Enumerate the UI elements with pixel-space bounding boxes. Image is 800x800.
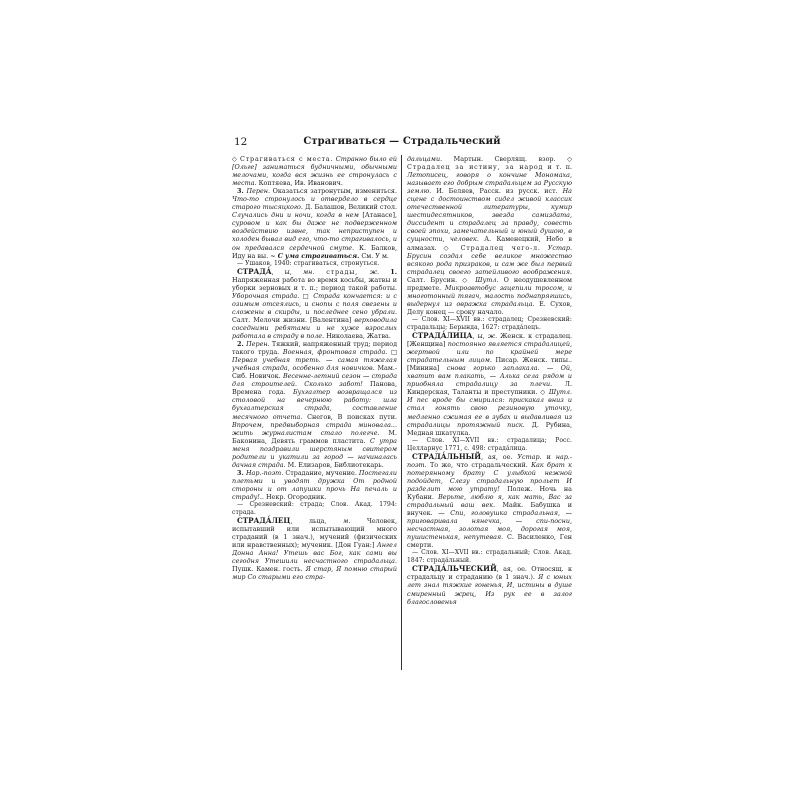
- text-segment: Первая учебная треть. — самая тяжелая уч…: [232, 356, 397, 372]
- entry-paragraph: СТРАДА́ЛЬНЫЙ, ая, ое. Устар. и нар.-поэт…: [407, 453, 572, 550]
- etymology-note: — Срезневский: страда; Слов. Акад. 1794:…: [232, 501, 397, 517]
- entry-paragraph: 3. Нар.-поэт. Страдание, мучение. Постег…: [232, 469, 397, 501]
- text-segment: — Слов. XI—XVII вв.: страдалица; Росс. Ц…: [407, 437, 572, 452]
- text-segment: [Атанасе],: [359, 211, 397, 219]
- text-segment: дальцами.: [407, 155, 442, 163]
- text-segment: Перен.: [247, 187, 270, 195]
- text-segment: Уборочная страда.: [232, 292, 299, 300]
- text-segment: Перен.: [246, 340, 269, 348]
- text-segment: Снегов, В поисках пути.: [302, 413, 397, 421]
- text-segment: Шутл.: [549, 388, 572, 396]
- text-segment: мн.: [303, 268, 315, 276]
- text-segment: ж.: [370, 268, 379, 276]
- entry-paragraph: ◇ Страгиваться с места. Странно было ей …: [232, 155, 397, 187]
- text-segment: То же, что страдальческий.: [427, 461, 531, 469]
- text-segment: Салт. Мелочи жизни. [Валентина]: [232, 316, 354, 324]
- text-segment: , льца,: [290, 517, 343, 525]
- dictionary-page: 12 Страгиваться — Страдальческий ◇ Страг…: [232, 133, 572, 673]
- entry-paragraph: СТРАДА́, ы, мн. страды, ж. 1. Напряженна…: [232, 268, 397, 340]
- text-segment: Устар.: [548, 244, 572, 252]
- entry-paragraph: 2. Перен. Тяжкий, напряженный труд; пери…: [232, 340, 397, 469]
- text-segment: М. Елизаров, Библиотекарь.: [286, 461, 384, 469]
- text-segment: Впрочем, предвыборная страда миновала...…: [232, 421, 397, 437]
- text-segment: Шутл.: [475, 276, 498, 284]
- text-segment: ж.: [488, 332, 497, 340]
- right-column: дальцами. Мартын. Сверлящ. взор. ◇ Страд…: [401, 155, 572, 670]
- entry-paragraph: 3. Перен. Оказаться затронутым, изменить…: [232, 187, 397, 259]
- text-segment: , ы,: [473, 332, 488, 340]
- headword: СТРАДА́: [237, 267, 272, 276]
- text-segment: ~ С ума страгиваться.: [270, 252, 359, 260]
- text-segment: и т. п.: [543, 163, 572, 171]
- text-segment: — Слов. XI—XVII вв.: страдалец; Срезневс…: [407, 316, 572, 331]
- text-segment: 3.: [237, 469, 246, 477]
- running-head-title: Страгиваться — Страдальческий: [232, 133, 572, 151]
- headword: СТРАДА́ЛЬЧЕСКИЙ: [412, 564, 497, 573]
- text-segment: □: [387, 348, 397, 356]
- text-segment: Устар.: [517, 453, 541, 461]
- entry-paragraph: СТРАДА́ЛЕЦ, льца, м. Человек, испытавший…: [232, 517, 397, 581]
- text-segment: ◇: [232, 155, 240, 163]
- text-segment: Салт. Брусин. ◇: [407, 276, 475, 284]
- text-segment: Нар.-поэт.: [246, 469, 283, 477]
- text-segment: И. Беляев, Расск. из русск. ист.: [431, 187, 562, 195]
- headword: СТРАДА́ЛИЦА: [412, 331, 473, 340]
- headword: СТРАДА́ЛЬНЫЙ: [412, 452, 481, 461]
- text-segment: См. У м.: [359, 252, 389, 260]
- running-head: 12 Страгиваться — Страдальческий: [232, 133, 572, 151]
- text-segment: , ая, ое.: [481, 453, 517, 461]
- entry-paragraph: СТРАДА́ЛЬЧЕСКИЙ, ая, ое. Относящ. к стра…: [407, 565, 572, 605]
- text-segment: — Ушаков, 1940: страгиваться, стронуться…: [237, 260, 379, 267]
- text-segment: Военная, фронтовая страда.: [283, 348, 387, 356]
- text-segment: Страгиваться с места.: [240, 155, 333, 163]
- text-segment: Страдание, мучение.: [283, 469, 359, 477]
- entry-paragraph: СТРАДА́ЛИЦА, ы, ж. Женск. к страдалец. […: [407, 332, 572, 437]
- text-segment: Пушк. Камен. гость.: [232, 565, 306, 573]
- left-column: ◇ Страгиваться с места. Странно было ей …: [232, 155, 401, 670]
- text-segment: [541, 244, 548, 252]
- text-segment: 2.: [237, 340, 246, 348]
- entry-paragraph: дальцами. Мартын. Сверлящ. взор. ◇ Страд…: [407, 155, 572, 316]
- text-segment: Мартын. Сверлящ. взор. ◇: [442, 155, 572, 163]
- text-segment: Брусин создал себе великое множество вся…: [407, 252, 572, 276]
- text-segment: — Слов. XI—XVII вв.: страдальный; Слов. …: [407, 549, 572, 564]
- text-segment: Напряженная работа во время косьбы, жатв…: [232, 276, 397, 292]
- text-segment: □: [299, 292, 313, 300]
- text-segment: Николаева, Жатва.: [324, 332, 391, 340]
- text-segment: , ы,: [272, 268, 303, 276]
- text-segment: Д. Балашов, Великий стол.: [303, 203, 397, 211]
- etymology-note: — Слов. XI—XVII вв.: страдальный; Слов. …: [407, 549, 572, 565]
- text-segment: Страдалец чего-л.: [461, 244, 541, 252]
- text-segment: страды,: [314, 268, 369, 276]
- text-segment: 3.: [237, 187, 247, 195]
- text-segment: Оказаться затронутым, измениться.: [270, 187, 397, 195]
- etymology-note: — Слов. XI—XVII вв.: страдалец; Срезневс…: [407, 316, 572, 332]
- text-segment: Случались дни и ночи, когда в нем: [232, 211, 359, 219]
- text-columns: ◇ Страгиваться с места. Странно было ей …: [232, 155, 572, 670]
- text-segment: Коптяева, Ив. Иванович.: [257, 179, 343, 187]
- text-segment: — Срезневский: страда; Слов. Акад. 1794:…: [232, 501, 397, 516]
- text-segment: 1.: [379, 268, 397, 276]
- etymology-note: — Слов. XI—XVII вв.: страдалица; Росс. Ц…: [407, 437, 572, 453]
- text-segment: Некр. Огородник.: [264, 493, 326, 501]
- headword: СТРАДА́ЛЕЦ: [237, 516, 290, 525]
- text-segment: Страдалец за истину, за народ: [407, 163, 543, 171]
- text-segment: и: [542, 453, 556, 461]
